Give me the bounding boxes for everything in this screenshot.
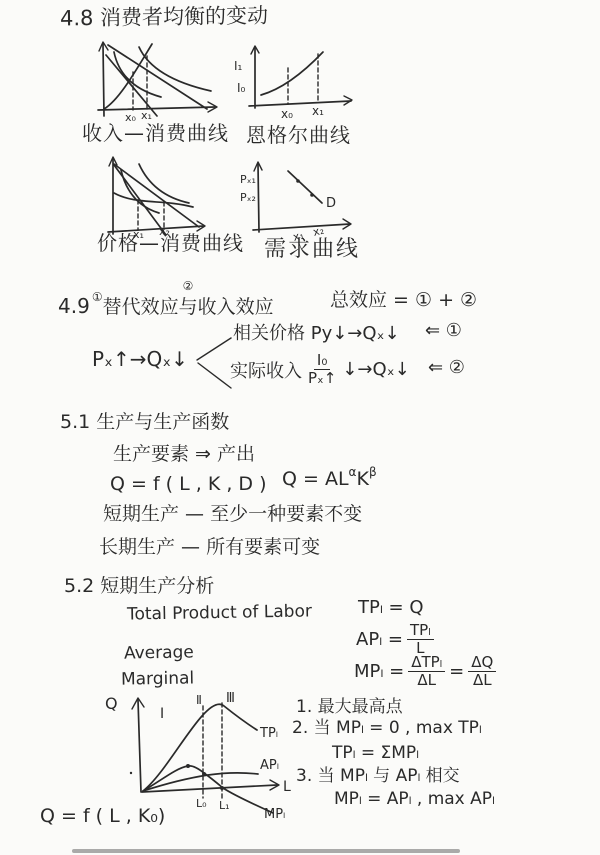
px1-label: Pₓ₁: [240, 173, 256, 186]
l-axis-label: L: [283, 779, 291, 795]
indifference-curve-2: [139, 164, 189, 203]
x1-tick: x₁: [312, 104, 324, 118]
mp-fraction-2: ΔQ ΔL: [468, 654, 496, 690]
mp-equation: MPₗ = ΔTPₗ ΔL = ΔQ ΔL: [354, 654, 500, 690]
income-branch: 实际收入 I₀ Pₓ↑ ↓→Qₓ↓: [230, 352, 410, 388]
fork-lower: [198, 363, 231, 388]
engel-curve-chart: I₁ I₀ x₀ x₁: [232, 42, 362, 128]
i0-label: I₀: [237, 81, 246, 95]
price-consumption-curve: [114, 193, 193, 207]
indifference-curve-2: [139, 47, 211, 91]
mp-denominator-2: ΔL: [471, 672, 494, 689]
cobb-pre: Q = AL: [282, 468, 349, 490]
y-axis: [138, 700, 141, 792]
beta-exponent: β: [369, 465, 377, 479]
income-consumption-curve: [104, 44, 152, 109]
alpha-exponent: α: [349, 465, 357, 479]
x-axis: [249, 101, 351, 106]
section-5-2-title: 5.2 短期生产分析: [64, 576, 214, 597]
l1-tick: L₁: [219, 799, 230, 812]
note-1: 1. 最大最高点: [296, 698, 403, 717]
px2-label: Pₓ₂: [240, 191, 256, 204]
mp-equals: =: [449, 661, 464, 682]
i1-label: I₁: [234, 59, 243, 73]
apl-label: APₗ: [260, 758, 279, 773]
section-4-9-title: 4.9 ① 替代效应 ② 与 收入效应: [58, 292, 274, 319]
l0-tick: L₀: [196, 797, 207, 810]
budget-line-2: [114, 164, 199, 227]
mpl-zero-point: [220, 786, 224, 790]
stage-3-label: Ⅲ: [226, 691, 235, 706]
point-1: [296, 179, 300, 183]
circled-2: ②: [183, 279, 194, 293]
stage-1-label: Ⅰ: [160, 706, 164, 722]
note-3-line-2: MPₗ = APₗ , max APₗ: [334, 790, 495, 809]
mp-numerator-1: ΔTPₗ: [408, 654, 445, 672]
mp-denominator-1: ΔL: [415, 672, 438, 689]
fraction-denominator: Pₓ↑: [306, 370, 338, 387]
total-effect-equation: 总效应 = ① + ②: [330, 290, 477, 311]
total-product-label: Total Product of Labor: [127, 602, 312, 624]
demand-label: D: [326, 196, 336, 211]
point-2: [310, 193, 314, 197]
stage-2-label: Ⅱ: [196, 693, 202, 707]
ap-numerator: TPₗ: [407, 622, 434, 640]
y-axis: [258, 164, 259, 232]
mpl-peak-point: [186, 764, 190, 768]
cobb-douglas: Q = ALαKβ: [282, 469, 377, 490]
substitution-effect-label: 替代效应: [103, 292, 179, 319]
substitution-branch-tag: ⇐ ①: [425, 321, 462, 341]
price-consumption-chart: x₁ x₂: [100, 152, 212, 242]
px-up-qx-down: Pₓ↑→Qₓ↓: [92, 348, 188, 370]
page-bottom-edge: [72, 849, 460, 853]
production-stages-chart: Q L TPₗ APₗ MPₗ Ⅰ Ⅱ Ⅲ L₀ L₁: [100, 688, 295, 820]
note-3-line-1: 3. 当 MPₗ 与 APₗ 相交: [296, 767, 460, 786]
conjunction-char: 与: [179, 296, 198, 318]
income-branch-tag: ⇐ ②: [428, 358, 465, 378]
price-consumption-caption: 价格—消费曲线: [97, 232, 244, 254]
q-axis-label: Q: [105, 694, 118, 713]
engel-curve-caption: 恩格尔曲线: [246, 124, 351, 146]
production-function-general: Q = f ( L , K , D ): [110, 474, 267, 495]
budget-line-1: [106, 55, 157, 116]
mp-numerator-2: ΔQ: [468, 654, 496, 672]
section-number: 4.9: [58, 294, 90, 318]
short-run-definition: 短期生产 — 至少一种要素不变: [103, 504, 362, 525]
fraction-numerator: I₀: [314, 352, 330, 370]
y-axis: [103, 44, 104, 116]
income-consumption-chart: x₀ x₁: [95, 38, 225, 126]
marginal-label: Marginal: [121, 669, 195, 689]
fork-upper: [197, 338, 231, 360]
mp-lhs: MPₗ =: [354, 661, 404, 682]
average-label: Average: [124, 643, 194, 663]
indifference-curve-1: [121, 170, 159, 213]
fork-lines: [195, 330, 235, 392]
section-5-1-title: 5.1 生产与生产函数: [60, 412, 229, 433]
tp-equation: TPₗ = Q: [358, 598, 424, 618]
section-4-8-title: 4.8 消费者均衡的变动: [60, 5, 268, 31]
note-2-line-2: TPₗ = ΣMPₗ: [332, 744, 419, 763]
long-run-definition: 长期生产 — 所有要素可变: [99, 537, 320, 558]
real-income-fraction: I₀ Pₓ↑: [306, 352, 338, 388]
x-axis: [98, 107, 215, 110]
notes-page: 4.8 消费者均衡的变动 x₀ x₁ 收入—消费曲线 I₁ I₀ x₀ x₁ 恩…: [0, 0, 600, 855]
income-consumption-caption: 收入—消费曲线: [82, 122, 229, 144]
x0-tick: x₀: [281, 107, 293, 121]
income-branch-post: ↓→Qₓ↓: [342, 359, 409, 380]
budget-line-2: [108, 45, 207, 109]
demand-line: [288, 171, 322, 203]
mpl-apl-intersection-point: [202, 772, 206, 776]
circled-1: ①: [92, 290, 103, 304]
ap-lhs: APₗ =: [356, 629, 403, 650]
conjunction: ② 与: [179, 292, 198, 319]
mpl-label: MPₗ: [264, 807, 285, 822]
income-branch-pre: 实际收入: [230, 357, 302, 383]
note-2-line-1: 2. 当 MPₗ = 0 , max TPₗ: [292, 719, 482, 738]
factors-to-output: 生产要素 ⇒ 产出: [113, 444, 255, 465]
tpl-label: TPₗ: [259, 726, 278, 741]
mp-fraction-1: ΔTPₗ ΔL: [408, 654, 445, 690]
short-run-production-function: Q = f ( L , K₀): [40, 806, 165, 827]
stray-dot: [130, 772, 132, 774]
cobb-k: K: [356, 468, 368, 490]
income-effect-label: 收入效应: [198, 292, 274, 319]
substitution-branch: 相关价格 Py↓→Qₓ↓: [233, 324, 400, 344]
engel-curve: [261, 52, 323, 95]
demand-curve-caption: 需求曲线: [264, 238, 360, 262]
